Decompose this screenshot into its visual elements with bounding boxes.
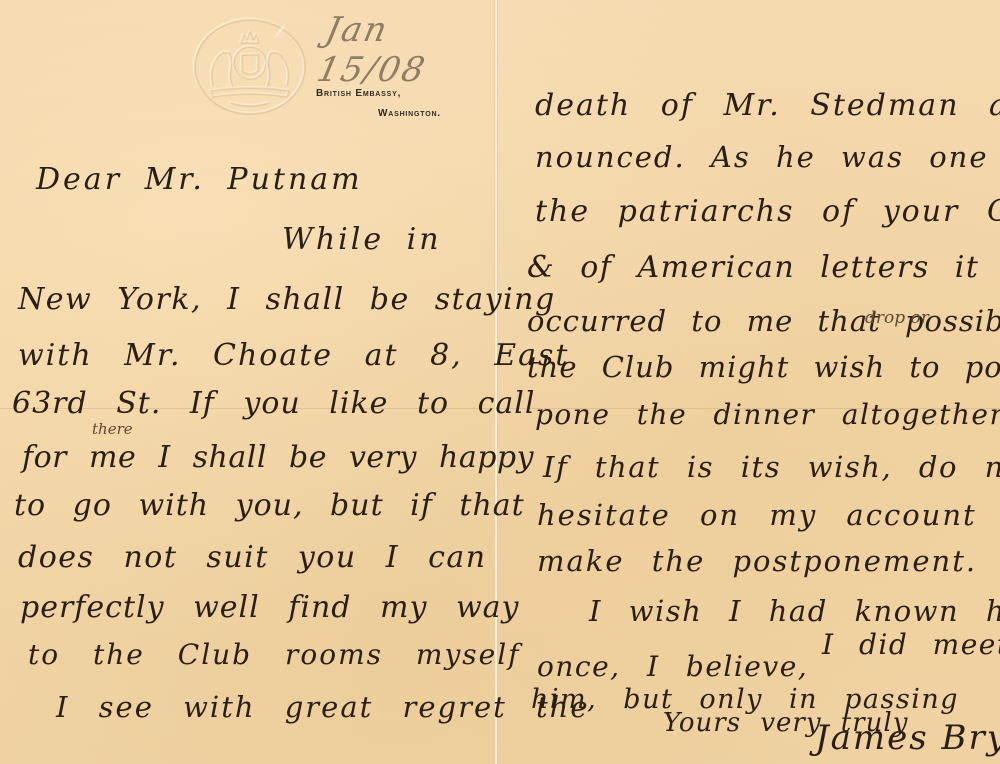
right-line-10: make the postponement. [537, 544, 977, 578]
right-line-3: the patriarchs of your Club [535, 194, 1000, 229]
signature: James Bryce [815, 718, 1000, 758]
left-line-7: does not suit you I can [18, 540, 487, 575]
insertion-there: there [92, 420, 133, 438]
right-line-9: hesitate on my account to [537, 498, 1000, 532]
letterhead-embassy: British Embassy, [316, 88, 401, 99]
insertion-drop-or: drop or [865, 308, 929, 328]
salutation: Dear Mr. Putnam [36, 162, 363, 197]
right-line-13: once, I believe, [537, 650, 808, 683]
right-line-7: pone the dinner altogether. [535, 398, 1000, 431]
right-line-12: I did meet [822, 628, 1000, 661]
right-line-1: death of Mr. Stedman an [535, 88, 1000, 123]
left-line-4: 63rd St. If you like to call [12, 386, 535, 421]
right-page: death of Mr. Stedman an nounced. As he w… [497, 0, 1000, 764]
right-line-11: I wish I had known him: [589, 594, 1000, 628]
left-page: Jan 15/08 British Embassy, Washington. D… [0, 0, 495, 764]
left-line-2: New York, I shall be staying [18, 282, 556, 317]
right-line-2: nounced. As he was one of [535, 140, 1000, 174]
left-line-8: perfectly well find my way [20, 590, 519, 625]
left-line-9: to the Club rooms myself [28, 638, 521, 671]
royal-crest-emboss-icon [190, 14, 308, 116]
left-line-1: While in [282, 222, 442, 257]
letter-date: Jan 15/08 [313, 10, 503, 90]
left-line-6: to go with you, but if that [14, 488, 525, 523]
letterhead-city: Washington. [378, 108, 441, 119]
right-line-4: & of American letters it has [527, 250, 1000, 285]
left-line-5: for me I shall be very happy [22, 440, 534, 475]
left-line-3: with Mr. Choate at 8, East [18, 338, 569, 373]
right-line-8: If that is its wish, do not [543, 450, 1000, 484]
right-line-5: occurred to me that possibly [527, 304, 1000, 338]
right-line-6: the Club might wish to post. [527, 350, 1000, 384]
